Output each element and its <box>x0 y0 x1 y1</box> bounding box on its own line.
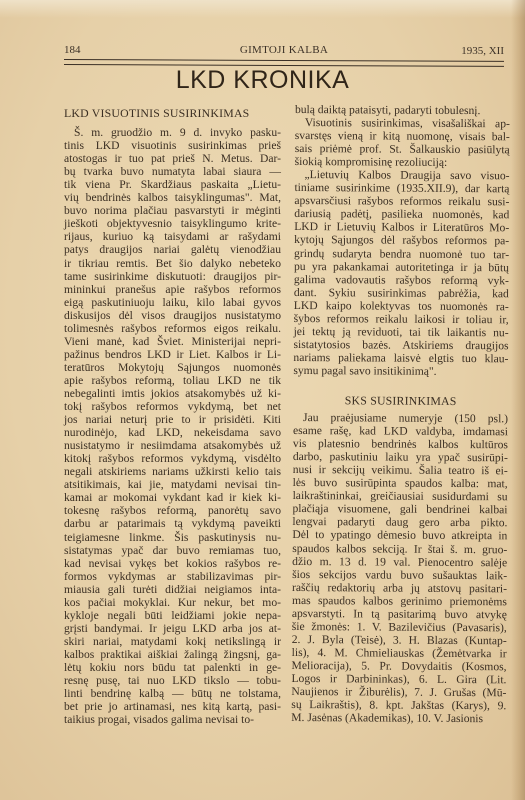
left-column-body: Š. m. gruodžio m. 9 d. invyko pasku-tini… <box>64 126 281 726</box>
text-line: grįsti bandymai. Ir jeigu LKD arba jos a… <box>64 622 281 635</box>
text-line: šios sekcijos vardu buvo sušauktas laik- <box>292 568 507 582</box>
text-line: tinis LKD visuotinis susirinkimas prieš <box>64 139 281 152</box>
text-line: lės buvo susirūpinta spaudos kalba: mat, <box>293 476 508 490</box>
text-line: tik viena Pr. Skardžiaus paskaita „Lietu… <box>64 178 281 191</box>
journal-title: GIMTOJI KALBA <box>64 44 504 56</box>
text-line: lėtų kokiu nors būdu tat palenkti in ge- <box>64 661 281 674</box>
text-line: atostogas ir tuo pat prieš N. Metus. Dar… <box>64 152 281 165</box>
text-line: kalbos praktikai aiškiai žalingą žingsnį… <box>64 648 281 661</box>
text-line: linti bendrinę kalbą — būtų ne tolstama, <box>64 687 281 700</box>
text-line: pu yra pakankamai autoritetinga ir ja bū… <box>294 260 509 274</box>
text-line: nariams paliekama laisvė elgtis tuo klau… <box>293 351 508 365</box>
text-line: lis), 4. M. Chmieliauskas (Žemėtvarka ir <box>292 646 507 660</box>
text-line: atsitikimais, kai jie, matydami nevisai … <box>64 478 281 491</box>
text-line: M. Jasėnas (Akademikas), 10. V. Jasionis <box>291 711 506 725</box>
text-line: šiokią kompromisinę rezoliuciją: <box>295 155 510 169</box>
text-line: galima vadovautis rašybos reformą vyk- <box>294 273 509 287</box>
text-line: jos nariai neturį prie to ir prisidėti. … <box>64 413 281 426</box>
text-line: nurodinėjo, kad LKD, nekeisdama savo <box>64 426 281 439</box>
text-line: nusistatymo ir nesiimdama atsakomybės už <box>64 439 281 452</box>
text-line: eigą paskutiniuoju laiku, kilo labai gyv… <box>64 296 281 309</box>
text-line: kitokį rašybos reformos vykdymą, visdėlt… <box>64 452 281 465</box>
text-line: buvo norima plačiau pasvarstyti ir mėgin… <box>64 204 281 217</box>
text-line: kos pačiai mokyklai. Kur nekur, bet mo- <box>64 596 281 609</box>
text-line: 2. J. Byla (Teisė), 3. H. Blazas (Kuntap… <box>292 633 507 647</box>
text-line: bų tvarka buvo numatyta labai siaura — <box>64 165 281 178</box>
text-line: jieškoti objektyvesnio taisyklingumo kri… <box>64 217 281 230</box>
text-line: sais priėmė prof. St. Šalkauskio pasiūly… <box>295 142 510 156</box>
text-line: Vieni manė, kad Šviet. Ministerijai nepr… <box>64 335 281 348</box>
text-line: LKD ir Lietuvių Kalbos ir Literatūros Mo… <box>294 220 509 234</box>
issue-date: 1935, XII <box>461 45 504 57</box>
text-line: rijaus, kuriuo ką taisydami ar rašydami <box>64 230 281 243</box>
right-column: bulą daiktą pataisyti, padaryti tobulesn… <box>291 103 510 725</box>
right-column-body-top: bulą daiktą pataisyti, padaryti tobulesn… <box>293 103 510 378</box>
text-line: tokį rašybos reformos vykdymą, bet net <box>64 400 281 413</box>
text-line: apsvarsčiusi rašybos reformos reikalu su… <box>294 194 509 208</box>
text-line: kamai ar mokomai vykdant kad ir kiek ki- <box>64 491 281 504</box>
text-line: spaudos kalbos sekciją. Ir štai š. m. gr… <box>292 541 507 555</box>
text-line: kykloje negali būti leidžiami jokie nepa… <box>64 609 281 622</box>
right-column-body-bottom: Jau praėjusiame numeryje (150 psl.)esame… <box>291 411 508 725</box>
text-line: vių bendrinės kalbos taisyklingumas". Ma… <box>64 191 281 204</box>
text-line: apie rašybos reformą, toliau LKD ne tik <box>64 374 281 387</box>
section-heading-sks-meeting: SKS SUSIRINKIMAS <box>293 394 508 408</box>
page-title: LKD KRONIKA <box>0 66 525 95</box>
text-line: Visuotinis susirinkimas, visašališkai ap… <box>295 116 510 130</box>
text-line: tame susirinkime diskutuoti: draugijos p… <box>64 270 281 283</box>
text-line: mas spaudos kalbos gerinimo priemonėms <box>292 594 507 608</box>
text-line: „Lietuvių Kalbos Draugija savo visuo- <box>295 168 510 182</box>
text-line: teigiamesne linkme. Šis paskutinysis nu- <box>64 531 281 544</box>
text-line: tiniame susirinkime (1935.XII.9), dar ka… <box>294 181 509 195</box>
text-line: pažinus bendros LKD ir Liet. Kalbos ir L… <box>64 348 281 361</box>
text-line: apsvarstyti. In tą pasitarimą buvo atvyk… <box>292 607 507 621</box>
text-line: Logos ir Darbininkas), 6. L. Gira (Lit. <box>291 672 506 686</box>
text-line: šie žmonės: 1. V. Bazilevičius (Pavasari… <box>292 620 507 634</box>
text-line: kytojų Sąjungos dėl rašybos reformos pa- <box>294 233 509 247</box>
section-gap <box>293 377 508 391</box>
text-line: tokesnę rašybos reformą, panorėtų savo <box>64 504 281 517</box>
scanned-page: 184 GIMTOJI KALBA 1935, XII LKD KRONIKA … <box>0 0 525 800</box>
text-line: Jau praėjusiame numeryje (150 psl.) <box>293 411 508 425</box>
text-line: tolimesnės rašybos reformos eigos reikal… <box>64 322 281 335</box>
text-line: laikraštininkai, greičiausiai susidurdam… <box>293 489 508 503</box>
text-line: miausia gali turėti didžiai neigiamos in… <box>64 583 281 596</box>
text-line: skiri nariai, matydami kokį netikslingą … <box>64 635 281 648</box>
text-line: sistatytosios bazės. Atskiriems draugijo… <box>293 338 508 352</box>
text-line: taikius progai, visados galima nevisai t… <box>64 713 281 726</box>
text-line: Melioracija), 5. Pr. Dovydaitis (Kosmos, <box>292 659 507 673</box>
text-line: kad nevisai vykęs bet kokios rašybos re- <box>64 557 281 570</box>
text-line: raščių redaktorių arba jų atstovų pasita… <box>292 581 507 595</box>
text-line: bet prie jo artinamasi, nes kitą kartą, … <box>64 700 281 713</box>
text-line: LKD kaipo kolektyvas tos nuomonės ra- <box>294 299 509 313</box>
text-line: plačiąja visuomene, gali bendrinei kalba… <box>292 502 507 516</box>
text-line: darbu ar patarimais tą vykdymą paveikti <box>64 517 281 530</box>
text-line: teratūros Mokytojų Sąjungos nuomonės <box>64 361 281 374</box>
text-line: ir tikriau remtis. Bet šio dalyko nebete… <box>64 257 281 270</box>
section-heading-lkd-meeting: LKD VISUOTINIS SUSIRINKIMAS <box>64 107 281 120</box>
text-line: patys draugijos nariai galėtų vienodžiau <box>64 243 281 256</box>
text-line: Naujienos ir Žiburėlis), 7. J. Grušas (M… <box>291 685 506 699</box>
text-line: symu pagal savo insitikinimą". <box>293 364 508 378</box>
text-line: mininkui pranešus apie rašybos reformos <box>64 283 281 296</box>
text-line: bulą daiktą pataisyti, padaryti tobulesn… <box>295 103 510 117</box>
text-line: lengvai padaryti daug gero arba pikto. <box>292 515 507 529</box>
running-head: 184 GIMTOJI KALBA 1935, XII <box>64 44 504 58</box>
text-line: nebegalinti imtis jokios atsakomybės už … <box>64 387 281 400</box>
text-line: Dėl to ypatingo dėmesio buvo atkreipta i… <box>292 528 507 542</box>
text-line: grindų sudaryta bendra nuomonė tuo tar- <box>294 247 509 261</box>
text-line: dariusią padėtį, pasilieka nuomonės, kad <box>294 207 509 221</box>
text-line: vis platesnio bendrinės kalbos kultūros <box>293 437 508 451</box>
text-line: Š. m. gruodžio m. 9 d. invyko pasku- <box>64 126 281 139</box>
text-line: dant. Sykiu susirinkimas pabrėžia, kad <box>294 286 509 300</box>
left-column: LKD VISUOTINIS SUSIRINKIMAS Š. m. gruodž… <box>64 103 281 726</box>
text-line: sų Laikraštis), 8. kpt. Jakštas (Karys),… <box>291 698 506 712</box>
text-line: jei tektų ją reviduoti, tai tik laikanti… <box>294 325 509 339</box>
text-line: formos vykdymas ar stabilizavimas pir- <box>64 570 281 583</box>
text-line: resnę pusę, tai nuo LKD tikslo — tobu- <box>64 674 281 687</box>
text-line: šybos reformos reikalu laikosi ir toliau… <box>294 312 509 326</box>
text-line: diskusijos dėl visos draugijos nusistaty… <box>64 309 281 322</box>
text-line: džio m. 13 d. 19 val. Pienocentro salėje <box>292 555 507 569</box>
text-line: nusi ir sekcijų veikimu. Šalia teatro iš… <box>293 463 508 477</box>
text-line: esame rašę, kad LKD valdyba, imdamasi <box>293 424 508 438</box>
text-line: negali atskiriems nariams užkirsti kelio… <box>64 465 281 478</box>
text-line: sistatymas ypač dar buvo remiamas tuo, <box>64 544 281 557</box>
